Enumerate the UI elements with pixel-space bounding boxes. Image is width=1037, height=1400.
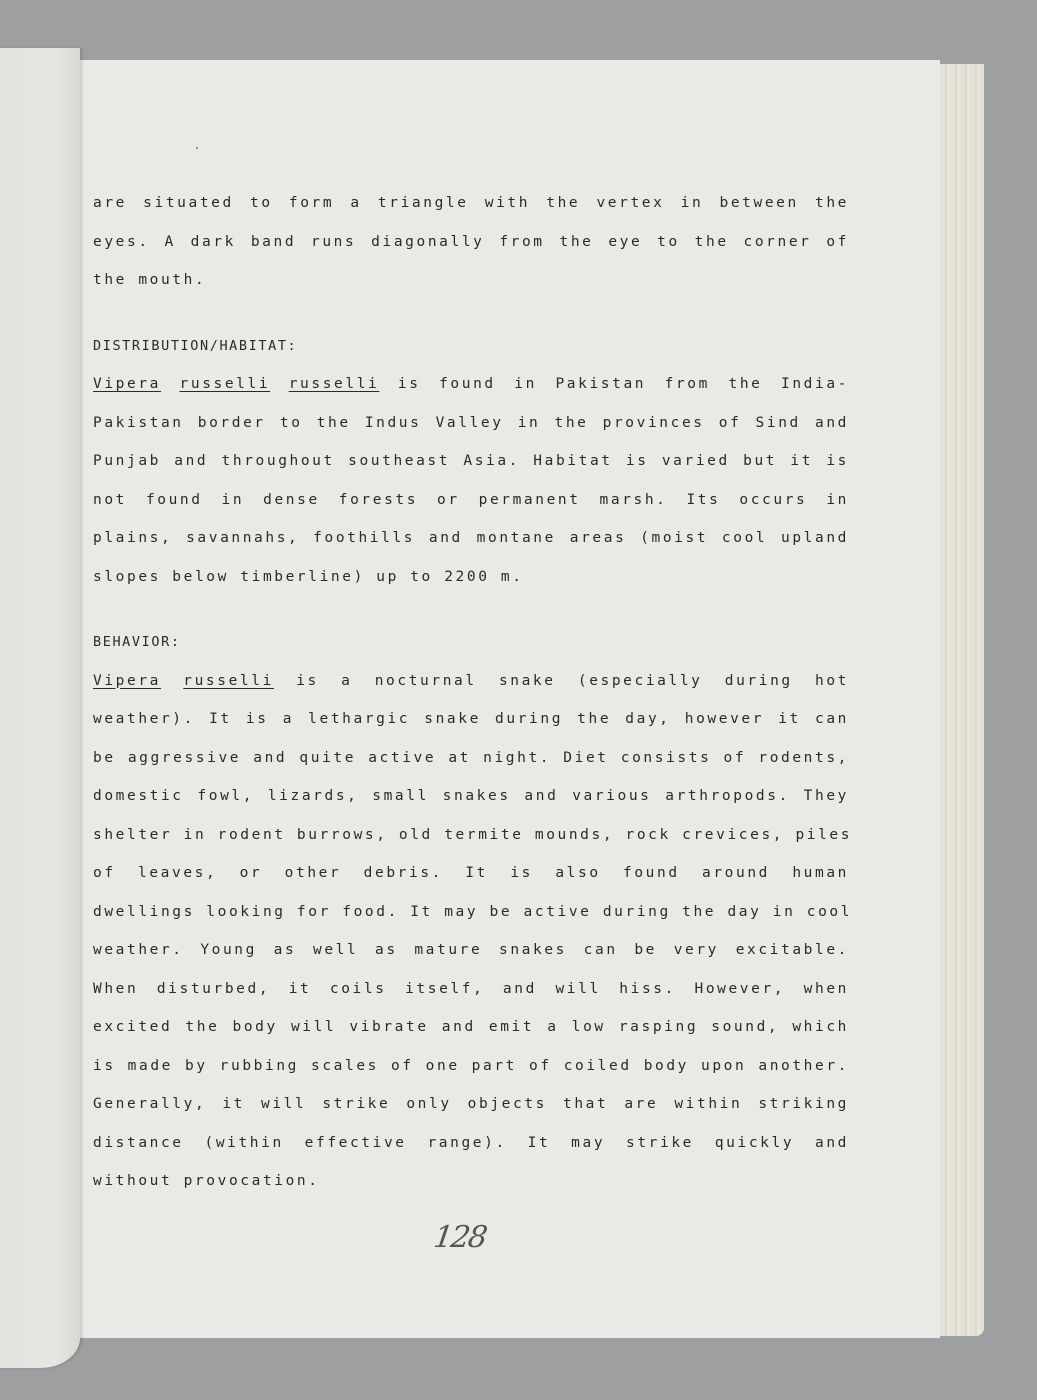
text-line: Vipera russelli is a nocturnal snake (es… bbox=[93, 662, 849, 701]
text-line: be aggressive and quite active at night.… bbox=[93, 739, 849, 778]
text-line: distance (within effective range). It ma… bbox=[93, 1124, 849, 1163]
text-line: weather. Young as well as mature snakes … bbox=[93, 931, 849, 970]
text-fragment: is a nocturnal snake (especially during … bbox=[296, 673, 849, 689]
document-page: are situated to form a triangle with the… bbox=[42, 60, 940, 1338]
text-line: Generally, it will strike only objects t… bbox=[93, 1085, 849, 1124]
section-heading-behavior: BEHAVIOR: bbox=[93, 623, 849, 662]
text-line: plains, savannahs, foothills and montane… bbox=[93, 519, 849, 558]
text-line: domestic fowl, lizards, small snakes and… bbox=[93, 777, 849, 816]
text-line: the mouth. bbox=[93, 261, 849, 300]
text-fragment: is found in Pakistan from the India- bbox=[398, 376, 849, 392]
text-line: slopes below timberline) up to 2200 m. bbox=[93, 558, 849, 597]
text-line: When disturbed, it coils itself, and wil… bbox=[93, 970, 849, 1009]
text-line: without provocation. bbox=[93, 1162, 849, 1201]
text-line: not found in dense forests or permanent … bbox=[93, 481, 849, 520]
text-line: weather). It is a lethargic snake during… bbox=[93, 700, 849, 739]
paper-speck bbox=[196, 147, 198, 149]
left-page-edge bbox=[0, 48, 80, 1368]
text-line: is made by rubbing scales of one part of… bbox=[93, 1047, 849, 1086]
text-line: eyes. A dark band runs diagonally from t… bbox=[93, 223, 849, 262]
scientific-name: Vipera bbox=[93, 376, 161, 392]
page-body: are situated to form a triangle with the… bbox=[93, 184, 849, 1201]
scientific-name: russelli bbox=[183, 673, 274, 689]
handwritten-page-number: 128 bbox=[432, 1220, 488, 1255]
text-line: Punjab and throughout southeast Asia. Ha… bbox=[93, 442, 849, 481]
scientific-name: Vipera bbox=[93, 673, 161, 689]
scientific-name: russelli bbox=[289, 376, 380, 392]
scientific-name: russelli bbox=[180, 376, 271, 392]
text-line: of leaves, or other debris. It is also f… bbox=[93, 854, 849, 893]
text-line: are situated to form a triangle with the… bbox=[93, 184, 849, 223]
text-line: Vipera russelli russelli is found in Pak… bbox=[93, 365, 849, 404]
text-line: shelter in rodent burrows, old termite m… bbox=[93, 816, 849, 855]
section-heading-distribution: DISTRIBUTION/HABITAT: bbox=[93, 327, 849, 366]
text-line: excited the body will vibrate and emit a… bbox=[93, 1008, 849, 1047]
text-line: Pakistan border to the Indus Valley in t… bbox=[93, 404, 849, 443]
text-line: dwellings looking for food. It may be ac… bbox=[93, 893, 849, 932]
